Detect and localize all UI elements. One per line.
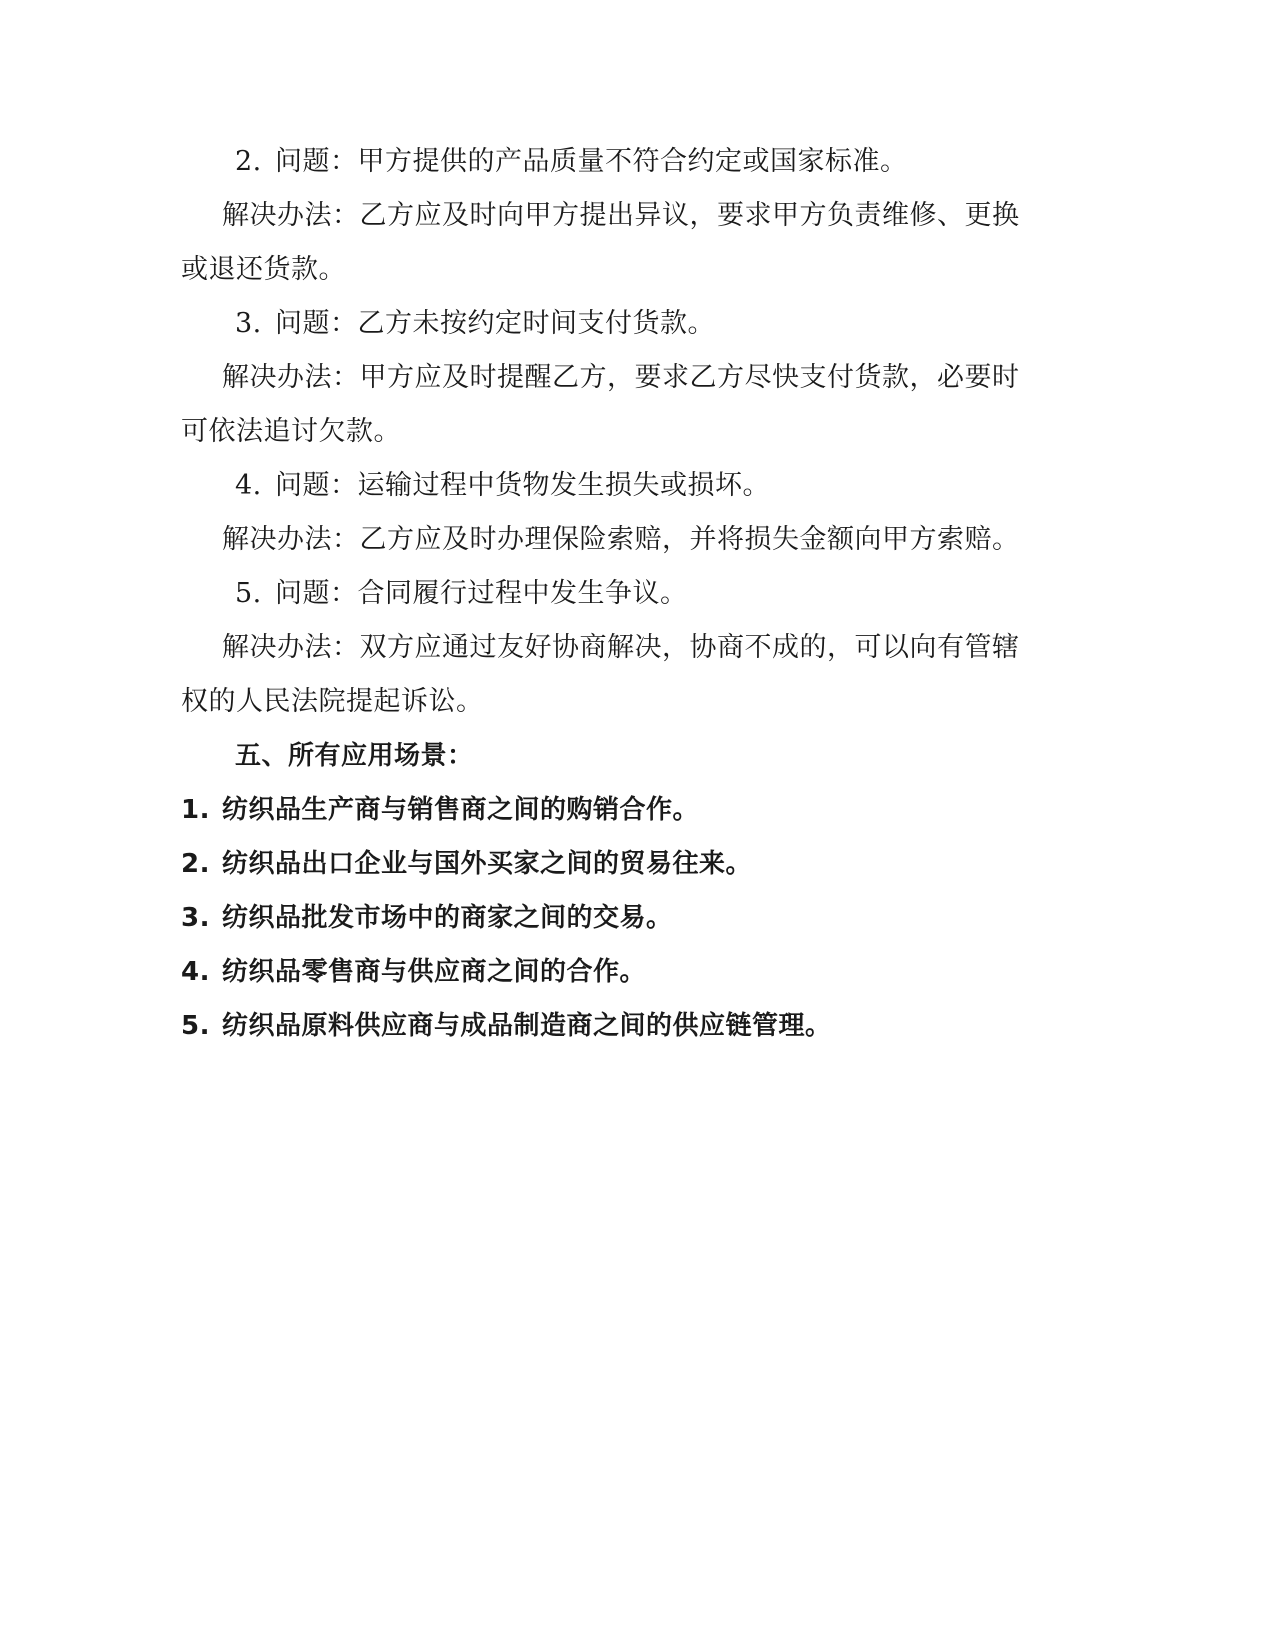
- solution-text: 解决办法：乙方应及时向甲方提出异议，要求甲方负责维修、更换: [222, 199, 1020, 233]
- problem-number: 3.: [235, 307, 275, 341]
- problem-text: 问题：乙方未按约定时间支付货款。: [275, 308, 715, 339]
- scenario-item: 4.纺织品零售商与供应商之间的合作。: [181, 955, 646, 989]
- problem-number: 5.: [235, 577, 275, 611]
- scenario-item: 2.纺织品出口企业与国外买家之间的贸易往来。: [181, 847, 752, 881]
- scenario-text: 纺织品生产商与销售商之间的购销合作。: [222, 795, 699, 825]
- solution-text-continued: 可依法追讨欠款。: [181, 415, 401, 449]
- problem-text: 问题：甲方提供的产品质量不符合约定或国家标准。: [275, 146, 908, 177]
- solution-text-continued: 或退还货款。: [181, 253, 346, 287]
- scenario-item: 5.纺织品原料供应商与成品制造商之间的供应链管理。: [181, 1009, 832, 1043]
- solution-text: 解决办法：乙方应及时办理保险索赔，并将损失金额向甲方索赔。: [222, 523, 1020, 557]
- solution-text: 解决办法：甲方应及时提醒乙方，要求乙方尽快支付货款，必要时: [222, 361, 1020, 395]
- document-page: 2.问题：甲方提供的产品质量不符合约定或国家标准。 解决办法：乙方应及时向甲方提…: [0, 0, 1275, 1650]
- scenario-number: 5.: [181, 1009, 222, 1043]
- solution-text-continued: 权的人民法院提起诉讼。: [181, 685, 484, 719]
- scenario-text: 纺织品出口企业与国外买家之间的贸易往来。: [222, 849, 752, 879]
- scenario-number: 3.: [181, 901, 222, 935]
- problem-number: 2.: [235, 145, 275, 179]
- problem-item: 2.问题：甲方提供的产品质量不符合约定或国家标准。: [235, 145, 908, 179]
- scenario-item: 3.纺织品批发市场中的商家之间的交易。: [181, 901, 673, 935]
- scenario-number: 2.: [181, 847, 222, 881]
- scenario-item: 1.纺织品生产商与销售商之间的购销合作。: [181, 793, 699, 827]
- scenario-text: 纺织品原料供应商与成品制造商之间的供应链管理。: [222, 1011, 832, 1041]
- scenario-text: 纺织品零售商与供应商之间的合作。: [222, 957, 646, 987]
- section-heading: 五、所有应用场景：: [235, 739, 474, 773]
- scenario-number: 4.: [181, 955, 222, 989]
- problem-item: 4.问题：运输过程中货物发生损失或损坏。: [235, 469, 770, 503]
- problem-item: 5.问题：合同履行过程中发生争议。: [235, 577, 688, 611]
- problem-text: 问题：运输过程中货物发生损失或损坏。: [275, 470, 770, 501]
- solution-text: 解决办法：双方应通过友好协商解决，协商不成的，可以向有管辖: [222, 631, 1020, 665]
- problem-item: 3.问题：乙方未按约定时间支付货款。: [235, 307, 715, 341]
- scenario-text: 纺织品批发市场中的商家之间的交易。: [222, 903, 673, 933]
- scenario-number: 1.: [181, 793, 222, 827]
- problem-number: 4.: [235, 469, 275, 503]
- problem-text: 问题：合同履行过程中发生争议。: [275, 578, 688, 609]
